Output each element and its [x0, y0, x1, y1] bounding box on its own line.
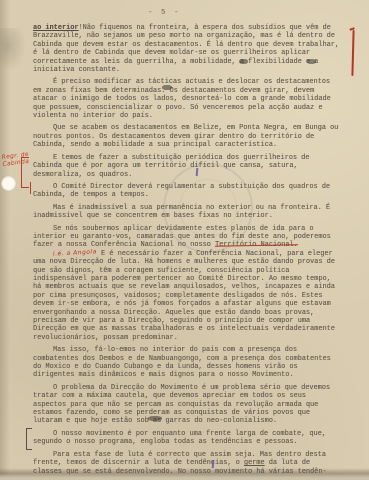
underlined-word: germe — [244, 459, 265, 467]
paragraph-text: O nosso movimento é por enquanto uma fre… — [33, 430, 326, 446]
paragraph-conferencia-nacional: Se nós soubermos aplicar devidamente est… — [33, 225, 340, 343]
typed-text-column: ao interior!Não fiquemos na fronteira, à… — [33, 24, 340, 480]
paragraph-text: É preciso modificar as tácticas actuais … — [33, 78, 331, 120]
paragraph-comite-director: O Comité Director deverá regulamentar a … — [33, 183, 340, 200]
paragraph-text: O Comité Director deverá regulamentar a … — [33, 183, 330, 199]
paragraph-text: Mas é inadmissível a sua permanência no … — [33, 204, 330, 220]
paragraph-text: E é necessário fazer a Conferência Nacio… — [33, 250, 335, 342]
handwritten-margin-note: Regr. de Cabinda — [1, 150, 36, 168]
paragraph-luta-de-classes: Para esta fase de luta é correcto que as… — [33, 451, 340, 476]
underlined-lead-text: ao interior — [33, 24, 79, 32]
paragraph-direccao-movimento: O problema da Direcção do Movimento é um… — [33, 384, 340, 426]
scan-smudge — [0, 28, 26, 72]
paragraph-text: E temos de fazer a substituição periódic… — [33, 154, 309, 179]
red-struck-text: Território Nacional. — [215, 241, 298, 249]
paragraph-destacamentos: Que se acabem os destacamentos em Belize… — [33, 124, 340, 149]
paragraph-tacticas: É preciso modificar as tácticas actuais … — [33, 78, 340, 120]
paragraph-text: Mas isso, fá-lo-emos no interior do país… — [33, 346, 331, 379]
red-bracket-cabinda-paragraph — [21, 157, 29, 188]
paper-flaw-spot — [1, 176, 16, 191]
paragraph-interior: ao interior!Não fiquemos na fronteira, à… — [33, 24, 340, 74]
paragraph-text: !Não fiquemos na fronteira, à espera dos… — [33, 24, 339, 74]
ink-bracket-movimento-paragraph — [26, 428, 32, 450]
red-margin-mark — [351, 30, 354, 76]
paragraph-frente-larga: O nosso movimento é por enquanto uma fre… — [33, 430, 340, 447]
paragraph-combatentes: Mas isso, fá-lo-emos no interior do país… — [33, 346, 340, 380]
paragraph-text: Que se acabem os destacamentos em Belize… — [33, 124, 338, 149]
paragraph-inadmissivel: Mas é inadmissível a sua permanência no … — [33, 204, 340, 221]
document-scan: - 5 - ao interior!Não fiquemos na fronte… — [0, 0, 369, 480]
paragraph-substituicao: E temos de fazer a substituição periódic… — [33, 154, 340, 179]
page-number: - 5 - — [148, 9, 181, 17]
paragraph-text: O problema da Direcção do Movimento é um… — [33, 384, 330, 426]
